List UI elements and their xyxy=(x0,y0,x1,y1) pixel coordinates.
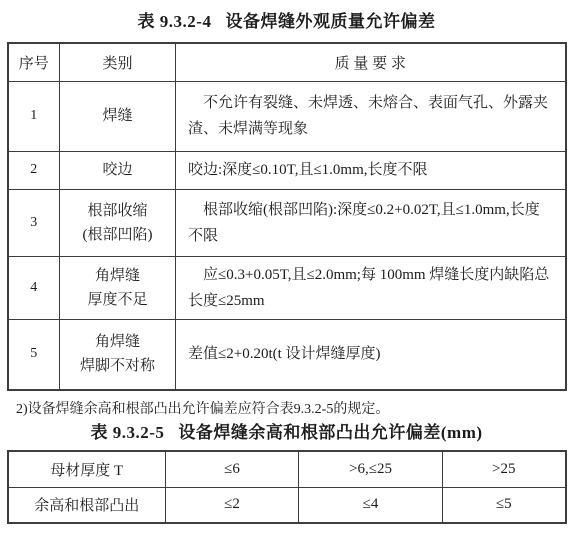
value-cell: >6,≤25 xyxy=(299,451,443,487)
param-label-cell: 母材厚度 T xyxy=(8,451,166,487)
requirement-cell: 咬边:深度≤0.10T,且≤1.0mm,长度不限 xyxy=(176,151,566,189)
table-row: 2 咬边 咬边:深度≤0.10T,且≤1.0mm,长度不限 xyxy=(8,151,566,189)
table-row: 4 角焊缝 厚度不足 应≤0.3+0.05T,且≤2.0mm;每 100mm 焊… xyxy=(8,256,566,319)
value-cell: ≤6 xyxy=(166,451,299,487)
table1-title: 表 9.3.2-4设备焊缝外观质量允许偏差 xyxy=(0,0,573,32)
row-number-cell: 2 xyxy=(8,151,60,189)
table-row: 余高和根部凸出 ≤2 ≤4 ≤5 xyxy=(8,487,566,523)
row-number-cell: 1 xyxy=(8,81,60,151)
table2-title-text: 设备焊缝余高和根部凸出允许偏差(mm) xyxy=(178,423,482,442)
category-cell: 角焊缝 厚度不足 xyxy=(60,256,176,319)
category-cell: 角焊缝 焊脚不对称 xyxy=(60,319,176,390)
category-cell: 根部收缩 (根部凹陷) xyxy=(60,189,176,256)
table-row: 母材厚度 T ≤6 >6,≤25 >25 xyxy=(8,451,566,487)
footnote: 2)设备焊缝余高和根部凸出允许偏差应符合表9.3.2-5的规定。 xyxy=(16,401,573,418)
header-cell-category: 类别 xyxy=(60,43,176,81)
document-page: 表 9.3.2-4设备焊缝外观质量允许偏差 序号 类别 质 量 要 求 1 焊缝… xyxy=(0,0,573,539)
table2-title-number: 表 9.3.2-5 xyxy=(90,423,164,442)
table1-title-number: 表 9.3.2-4 xyxy=(138,12,212,31)
row-number-cell: 3 xyxy=(8,189,60,256)
requirement-cell: 差值≤2+0.20t(t 设计焊缝厚度) xyxy=(176,319,566,390)
table-row: 1 焊缝 不允许有裂缝、未焊透、未熔合、表面气孔、外露夹渣、未焊满等现象 xyxy=(8,81,566,151)
weld-appearance-quality-table: 序号 类别 质 量 要 求 1 焊缝 不允许有裂缝、未焊透、未熔合、表面气孔、外… xyxy=(7,42,567,391)
category-cell: 咬边 xyxy=(60,151,176,189)
weld-reinforcement-tolerance-table: 母材厚度 T ≤6 >6,≤25 >25 余高和根部凸出 ≤2 ≤4 ≤5 xyxy=(7,450,567,524)
table-row: 5 角焊缝 焊脚不对称 差值≤2+0.20t(t 设计焊缝厚度) xyxy=(8,319,566,390)
table1-title-text: 设备焊缝外观质量允许偏差 xyxy=(225,12,435,31)
requirement-cell: 根部收缩(根部凹陷):深度≤0.2+0.02T,且≤1.0mm,长度不限 xyxy=(176,189,566,256)
table-row: 3 根部收缩 (根部凹陷) 根部收缩(根部凹陷):深度≤0.2+0.02T,且≤… xyxy=(8,189,566,256)
row-number-cell: 4 xyxy=(8,256,60,319)
header-cell-requirement: 质 量 要 求 xyxy=(176,43,566,81)
table-header-row: 序号 类别 质 量 要 求 xyxy=(8,43,566,81)
row-number-cell: 5 xyxy=(8,319,60,390)
requirement-cell: 应≤0.3+0.05T,且≤2.0mm;每 100mm 焊缝长度内缺陷总长度≤2… xyxy=(176,256,566,319)
value-cell: ≤5 xyxy=(443,487,566,523)
value-cell: >25 xyxy=(443,451,566,487)
param-label-cell: 余高和根部凸出 xyxy=(8,487,166,523)
category-cell: 焊缝 xyxy=(60,81,176,151)
table2-title: 表 9.3.2-5设备焊缝余高和根部凸出允许偏差(mm) xyxy=(0,423,573,443)
header-cell-no: 序号 xyxy=(8,43,60,81)
requirement-cell: 不允许有裂缝、未焊透、未熔合、表面气孔、外露夹渣、未焊满等现象 xyxy=(176,81,566,151)
value-cell: ≤2 xyxy=(166,487,299,523)
value-cell: ≤4 xyxy=(299,487,443,523)
